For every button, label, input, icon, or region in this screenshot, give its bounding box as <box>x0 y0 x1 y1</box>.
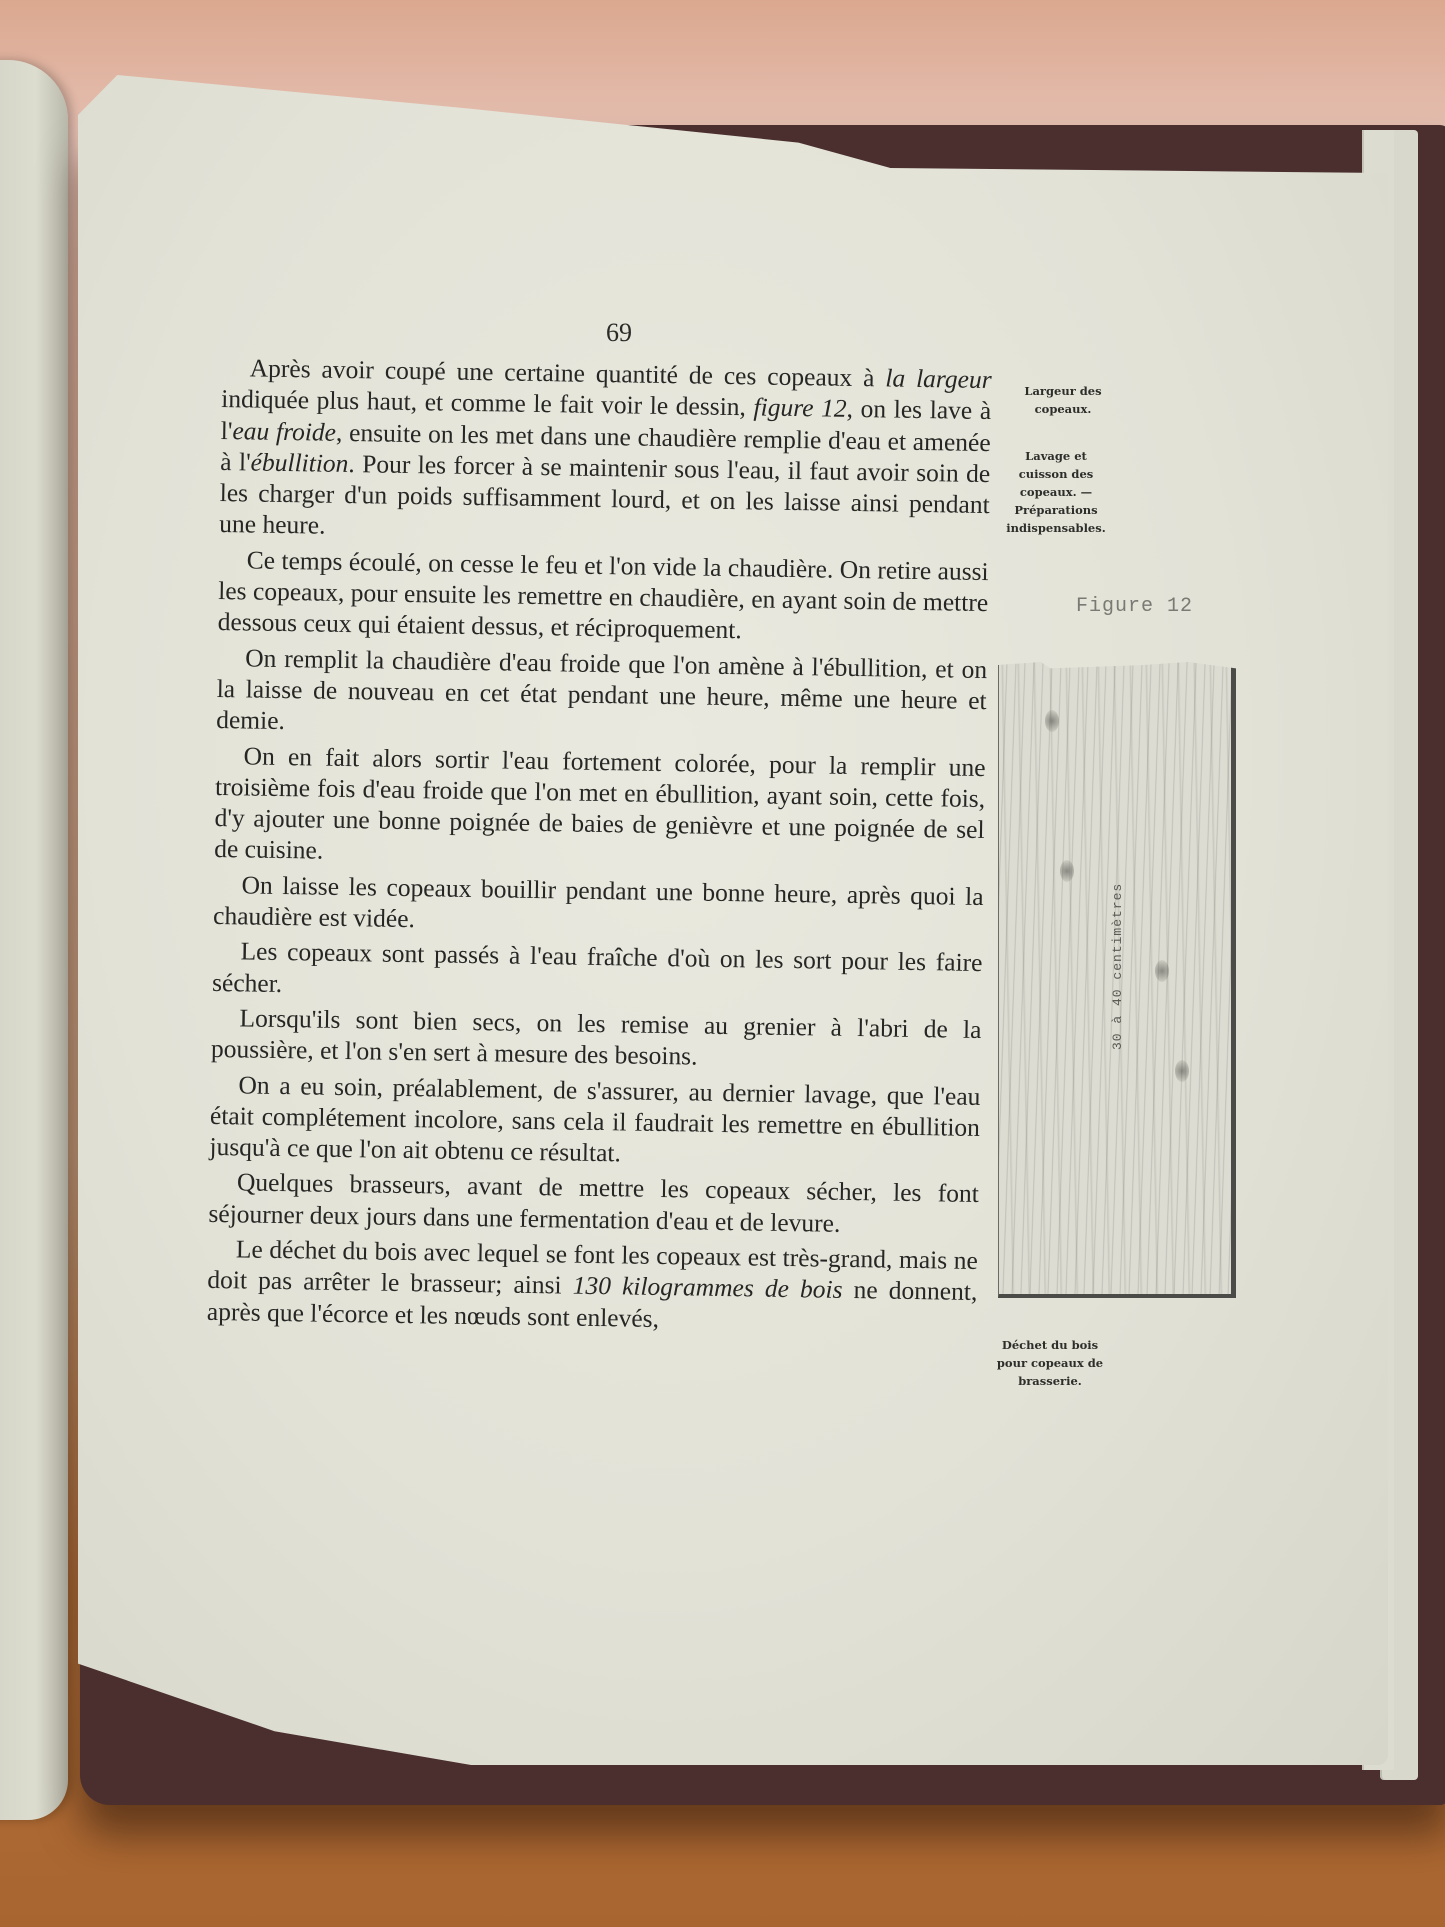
page-number: 69 <box>606 318 632 348</box>
margin-note-dechet: Déchet du bois pour copeaux de brasserie… <box>990 1336 1110 1390</box>
wood-knot <box>1045 710 1059 732</box>
paragraph-8: On a eu soin, préalablement, de s'assure… <box>209 1068 980 1174</box>
paragraph-5: On laisse les copeaux bouillir pendant u… <box>213 869 984 944</box>
paragraph-6: Les copeaux sont passés à l'eau fraîche … <box>212 935 983 1010</box>
margin-note-lavage: Lavage et cuisson des copeaux. — Prépara… <box>1000 447 1112 537</box>
facing-left-page <box>0 60 68 1820</box>
paragraph-3: On remplit la chaudière d'eau froide que… <box>216 642 987 748</box>
figure-dimension-label: 30 à 40 centimètres <box>1110 840 1130 1050</box>
body-text: Après avoir coupé une certaine quantité … <box>207 352 992 1343</box>
figure-label: Figure 12 <box>1076 595 1193 618</box>
margin-note-largeur: Largeur des copeaux. <box>1003 382 1123 418</box>
wood-knot <box>1060 860 1074 882</box>
wood-knot <box>1155 960 1169 982</box>
paragraph-9: Quelques brasseurs, avant de mettre les … <box>208 1166 979 1241</box>
paragraph-4: On en fait alors sortir l'eau fortement … <box>214 740 986 877</box>
wood-knot <box>1175 1060 1189 1082</box>
paragraph-1: Après avoir coupé une certaine quantité … <box>219 352 992 552</box>
paragraph-7: Lorsqu'ils sont bien secs, on les remise… <box>211 1002 982 1077</box>
paragraph-10: Le déchet du bois avec lequel se font le… <box>207 1233 978 1339</box>
paragraph-2: Ce temps écoulé, on cesse le feu et l'on… <box>218 544 989 650</box>
